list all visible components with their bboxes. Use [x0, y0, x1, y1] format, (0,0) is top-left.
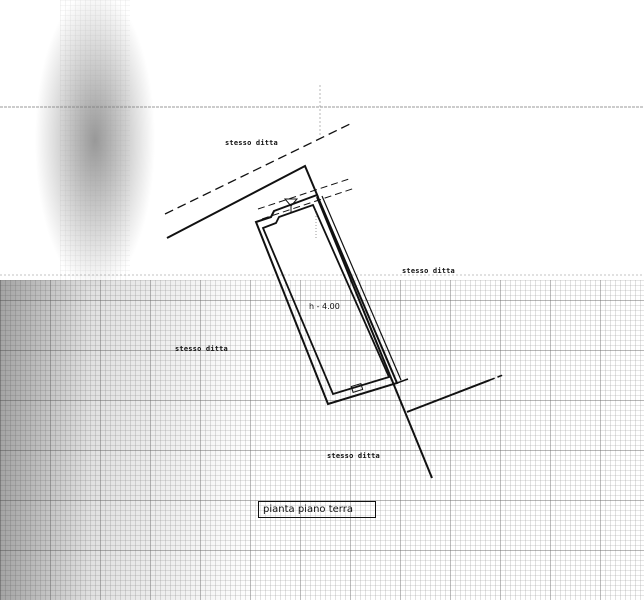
drawing-title: pianta piano terra — [263, 504, 353, 515]
graph-paper-grid — [0, 280, 644, 600]
neighbor-label-south: stesso ditta — [327, 452, 380, 460]
drawing-title-box: pianta piano terra — [258, 501, 376, 518]
neighbor-label-east: stesso ditta — [402, 267, 455, 275]
height-label: h - 4.00 — [309, 302, 340, 311]
neighbor-label-north: stesso ditta — [225, 139, 278, 147]
neighbor-label-west: stesso ditta — [175, 345, 228, 353]
